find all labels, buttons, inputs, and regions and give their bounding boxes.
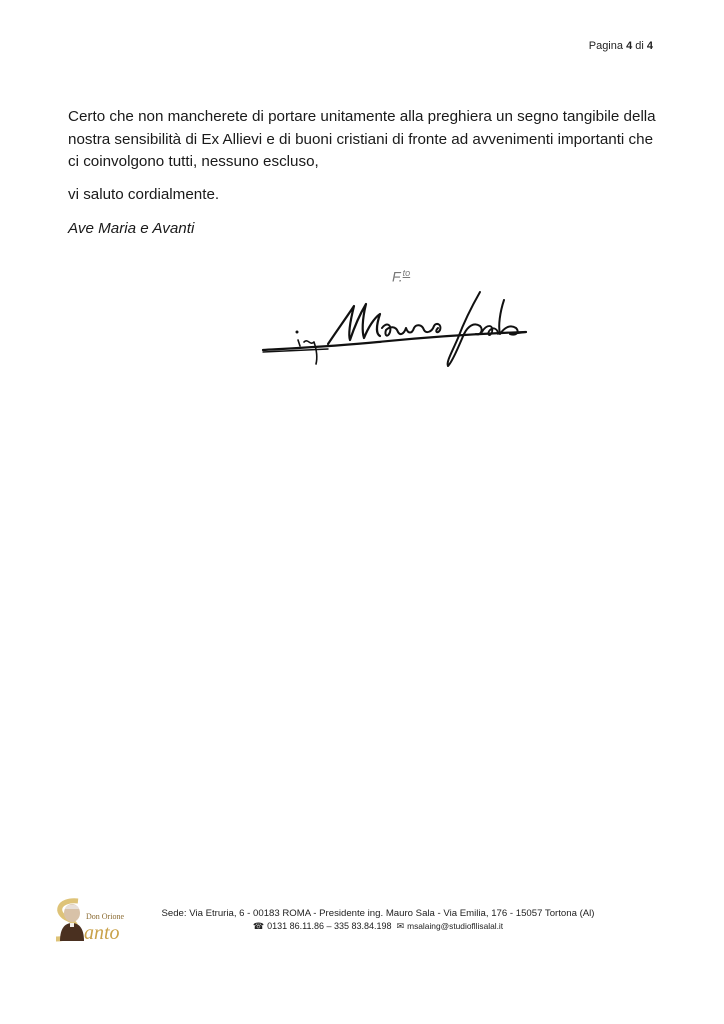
page-number: Pagina 4 di 4 <box>589 40 653 52</box>
footer-address: Sede: Via Etruria, 6 - 00183 ROMA - Pres… <box>148 908 608 920</box>
paragraph-greeting: vi saluto cordialmente. <box>68 184 668 207</box>
logo-small-text: Don Orione <box>86 912 124 921</box>
paragraph-main: Certo che non mancherete di portare unit… <box>68 106 668 174</box>
paragraph-motto: Ave Maria e Avanti <box>68 218 668 241</box>
email-icon: ✉ <box>397 921 405 931</box>
logo-big-text: anto <box>84 922 120 943</box>
letter-body: Certo che non mancherete di portare unit… <box>68 106 668 241</box>
phone-number: 0131 86.11.86 – 335 83.84.198 <box>267 921 391 931</box>
total-pages: 4 <box>647 40 653 52</box>
phone-icon: ☎ <box>253 921 264 931</box>
handwritten-signature <box>258 282 533 372</box>
footer-contact: Sede: Via Etruria, 6 - 00183 ROMA - Pres… <box>148 908 608 933</box>
footer-contact-line: ☎0131 86.11.86 – 335 83.84.198 ✉msalaing… <box>148 920 608 933</box>
fto-superscript: to <box>403 268 411 278</box>
current-page: 4 <box>626 40 632 52</box>
don-orione-santo-logo: Don Orione anto <box>48 897 144 943</box>
email-address: msalaing@studiofllisalal.it <box>407 921 503 931</box>
page-label: Pagina <box>589 40 623 52</box>
of-label: di <box>635 40 644 52</box>
logo-graphic: Don Orione anto <box>48 897 144 943</box>
